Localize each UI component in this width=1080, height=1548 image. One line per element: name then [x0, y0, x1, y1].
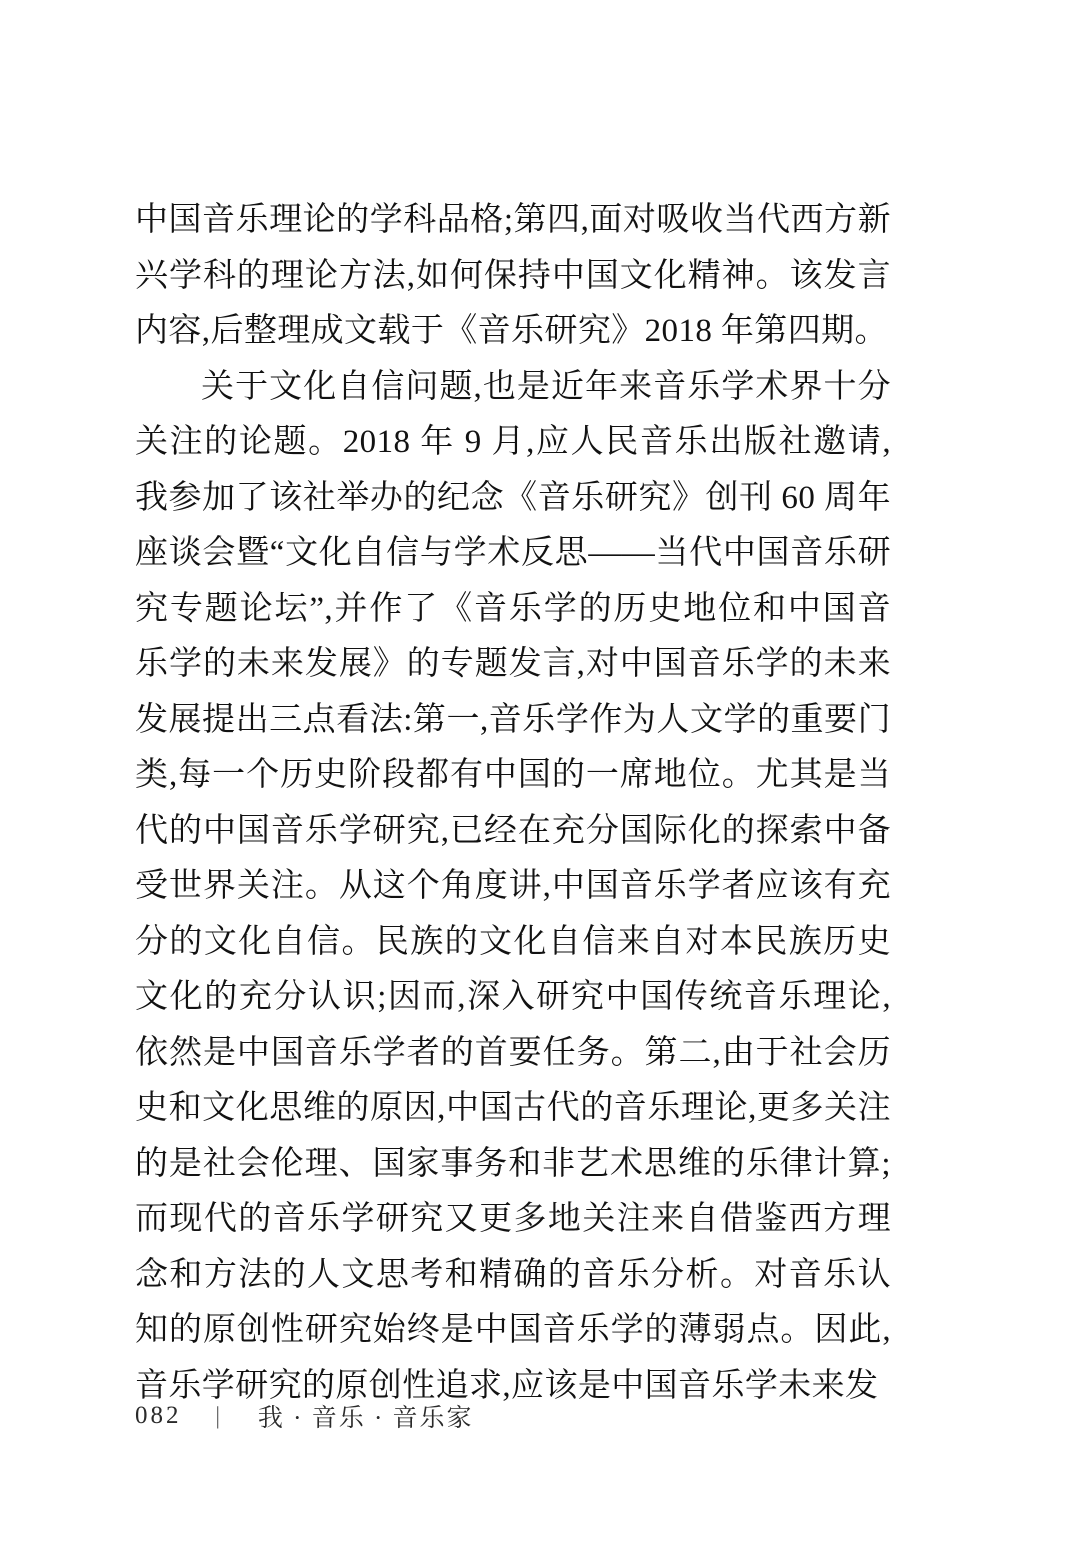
- running-title: 我 · 音乐 · 音乐家: [258, 1398, 474, 1434]
- page-footer: 082 | 我 · 音乐 · 音乐家: [135, 1398, 891, 1434]
- paragraph-main: 关于文化自信问题,也是近年来音乐学术界十分关注的论题。2018 年 9 月,应人…: [135, 360, 891, 1415]
- book-page: 中国音乐理论的学科品格;第四,面对吸收当代西方新兴学科的理论方法,如何保持中国文…: [0, 0, 1080, 1548]
- footer-separator: |: [216, 1402, 220, 1431]
- paragraph-continuation: 中国音乐理论的学科品格;第四,面对吸收当代西方新兴学科的理论方法,如何保持中国文…: [135, 193, 891, 360]
- body-text: 中国音乐理论的学科品格;第四,面对吸收当代西方新兴学科的理论方法,如何保持中国文…: [135, 193, 891, 1414]
- page-number: 082: [135, 1402, 182, 1430]
